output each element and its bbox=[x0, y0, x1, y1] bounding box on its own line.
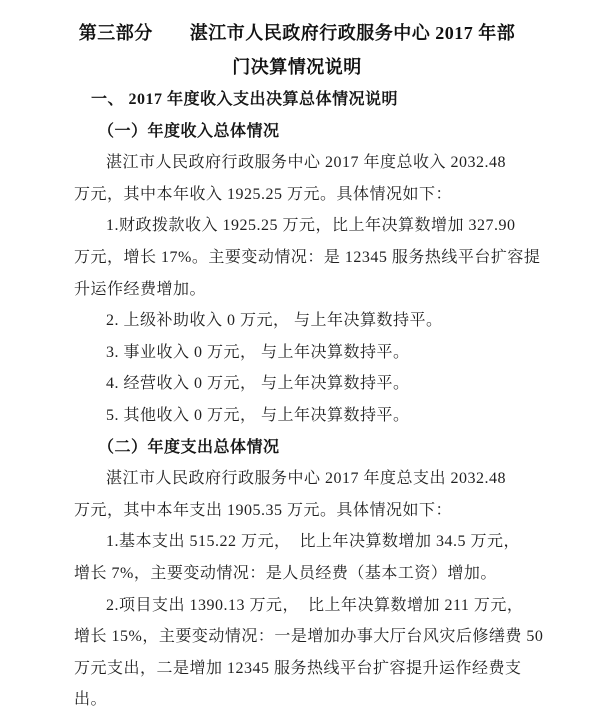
income-item-3: 3. 事业收入 0 万元， 与上年决算数持平。 bbox=[74, 337, 566, 369]
income-summary-line: 万元，其中本年收入 1925.25 万元。具体情况如下： bbox=[74, 179, 566, 211]
income-item-1-line: 万元，增长 17%。主要变动情况：是 12345 服务热线平台扩容提 bbox=[74, 242, 566, 274]
main-heading: 一、 2017 年度收入支出决算总体情况说明 bbox=[74, 84, 566, 116]
expenditure-item-2-line: 2.项目支出 1390.13 万元， 比上年决算数增加 211 万元， bbox=[74, 590, 566, 622]
income-item-1-line: 升运作经费增加。 bbox=[74, 274, 566, 306]
expenditure-summary-line: 湛江市人民政府行政服务中心 2017 年度总支出 2032.48 bbox=[74, 463, 566, 495]
income-subheading: （一）年度收入总体情况 bbox=[74, 116, 566, 148]
document-page: 第三部分 湛江市人民政府行政服务中心 2017 年部 门决算情况说明 一、 20… bbox=[0, 0, 594, 724]
document-title-line-1: 第三部分 湛江市人民政府行政服务中心 2017 年部 bbox=[28, 16, 566, 50]
document-body: 第三部分 湛江市人民政府行政服务中心 2017 年部 门决算情况说明 一、 20… bbox=[0, 0, 594, 716]
income-item-1-line: 1.财政拨款收入 1925.25 万元，比上年决算数增加 327.90 bbox=[74, 210, 566, 242]
expenditure-item-2-line: 出。 bbox=[74, 684, 566, 716]
expenditure-subheading: （二）年度支出总体情况 bbox=[74, 432, 566, 464]
income-item-2: 2. 上级补助收入 0 万元， 与上年决算数持平。 bbox=[74, 305, 566, 337]
expenditure-item-1-line: 1.基本支出 515.22 万元， 比上年决算数增加 34.5 万元， bbox=[74, 526, 566, 558]
income-item-4: 4. 经营收入 0 万元， 与上年决算数持平。 bbox=[74, 368, 566, 400]
document-title-line-2: 门决算情况说明 bbox=[28, 50, 566, 84]
income-summary-line: 湛江市人民政府行政服务中心 2017 年度总收入 2032.48 bbox=[74, 147, 566, 179]
expenditure-item-2-line: 增长 15%，主要变动情况：一是增加办事大厅台风灾后修缮费 50 bbox=[74, 621, 566, 653]
expenditure-item-2-line: 万元支出，二是增加 12345 服务热线平台扩容提升运作经费支 bbox=[74, 653, 566, 685]
expenditure-summary-line: 万元，其中本年支出 1905.35 万元。具体情况如下： bbox=[74, 495, 566, 527]
income-item-5: 5. 其他收入 0 万元， 与上年决算数持平。 bbox=[74, 400, 566, 432]
expenditure-item-1-line: 增长 7%，主要变动情况：是人员经费（基本工资）增加。 bbox=[74, 558, 566, 590]
